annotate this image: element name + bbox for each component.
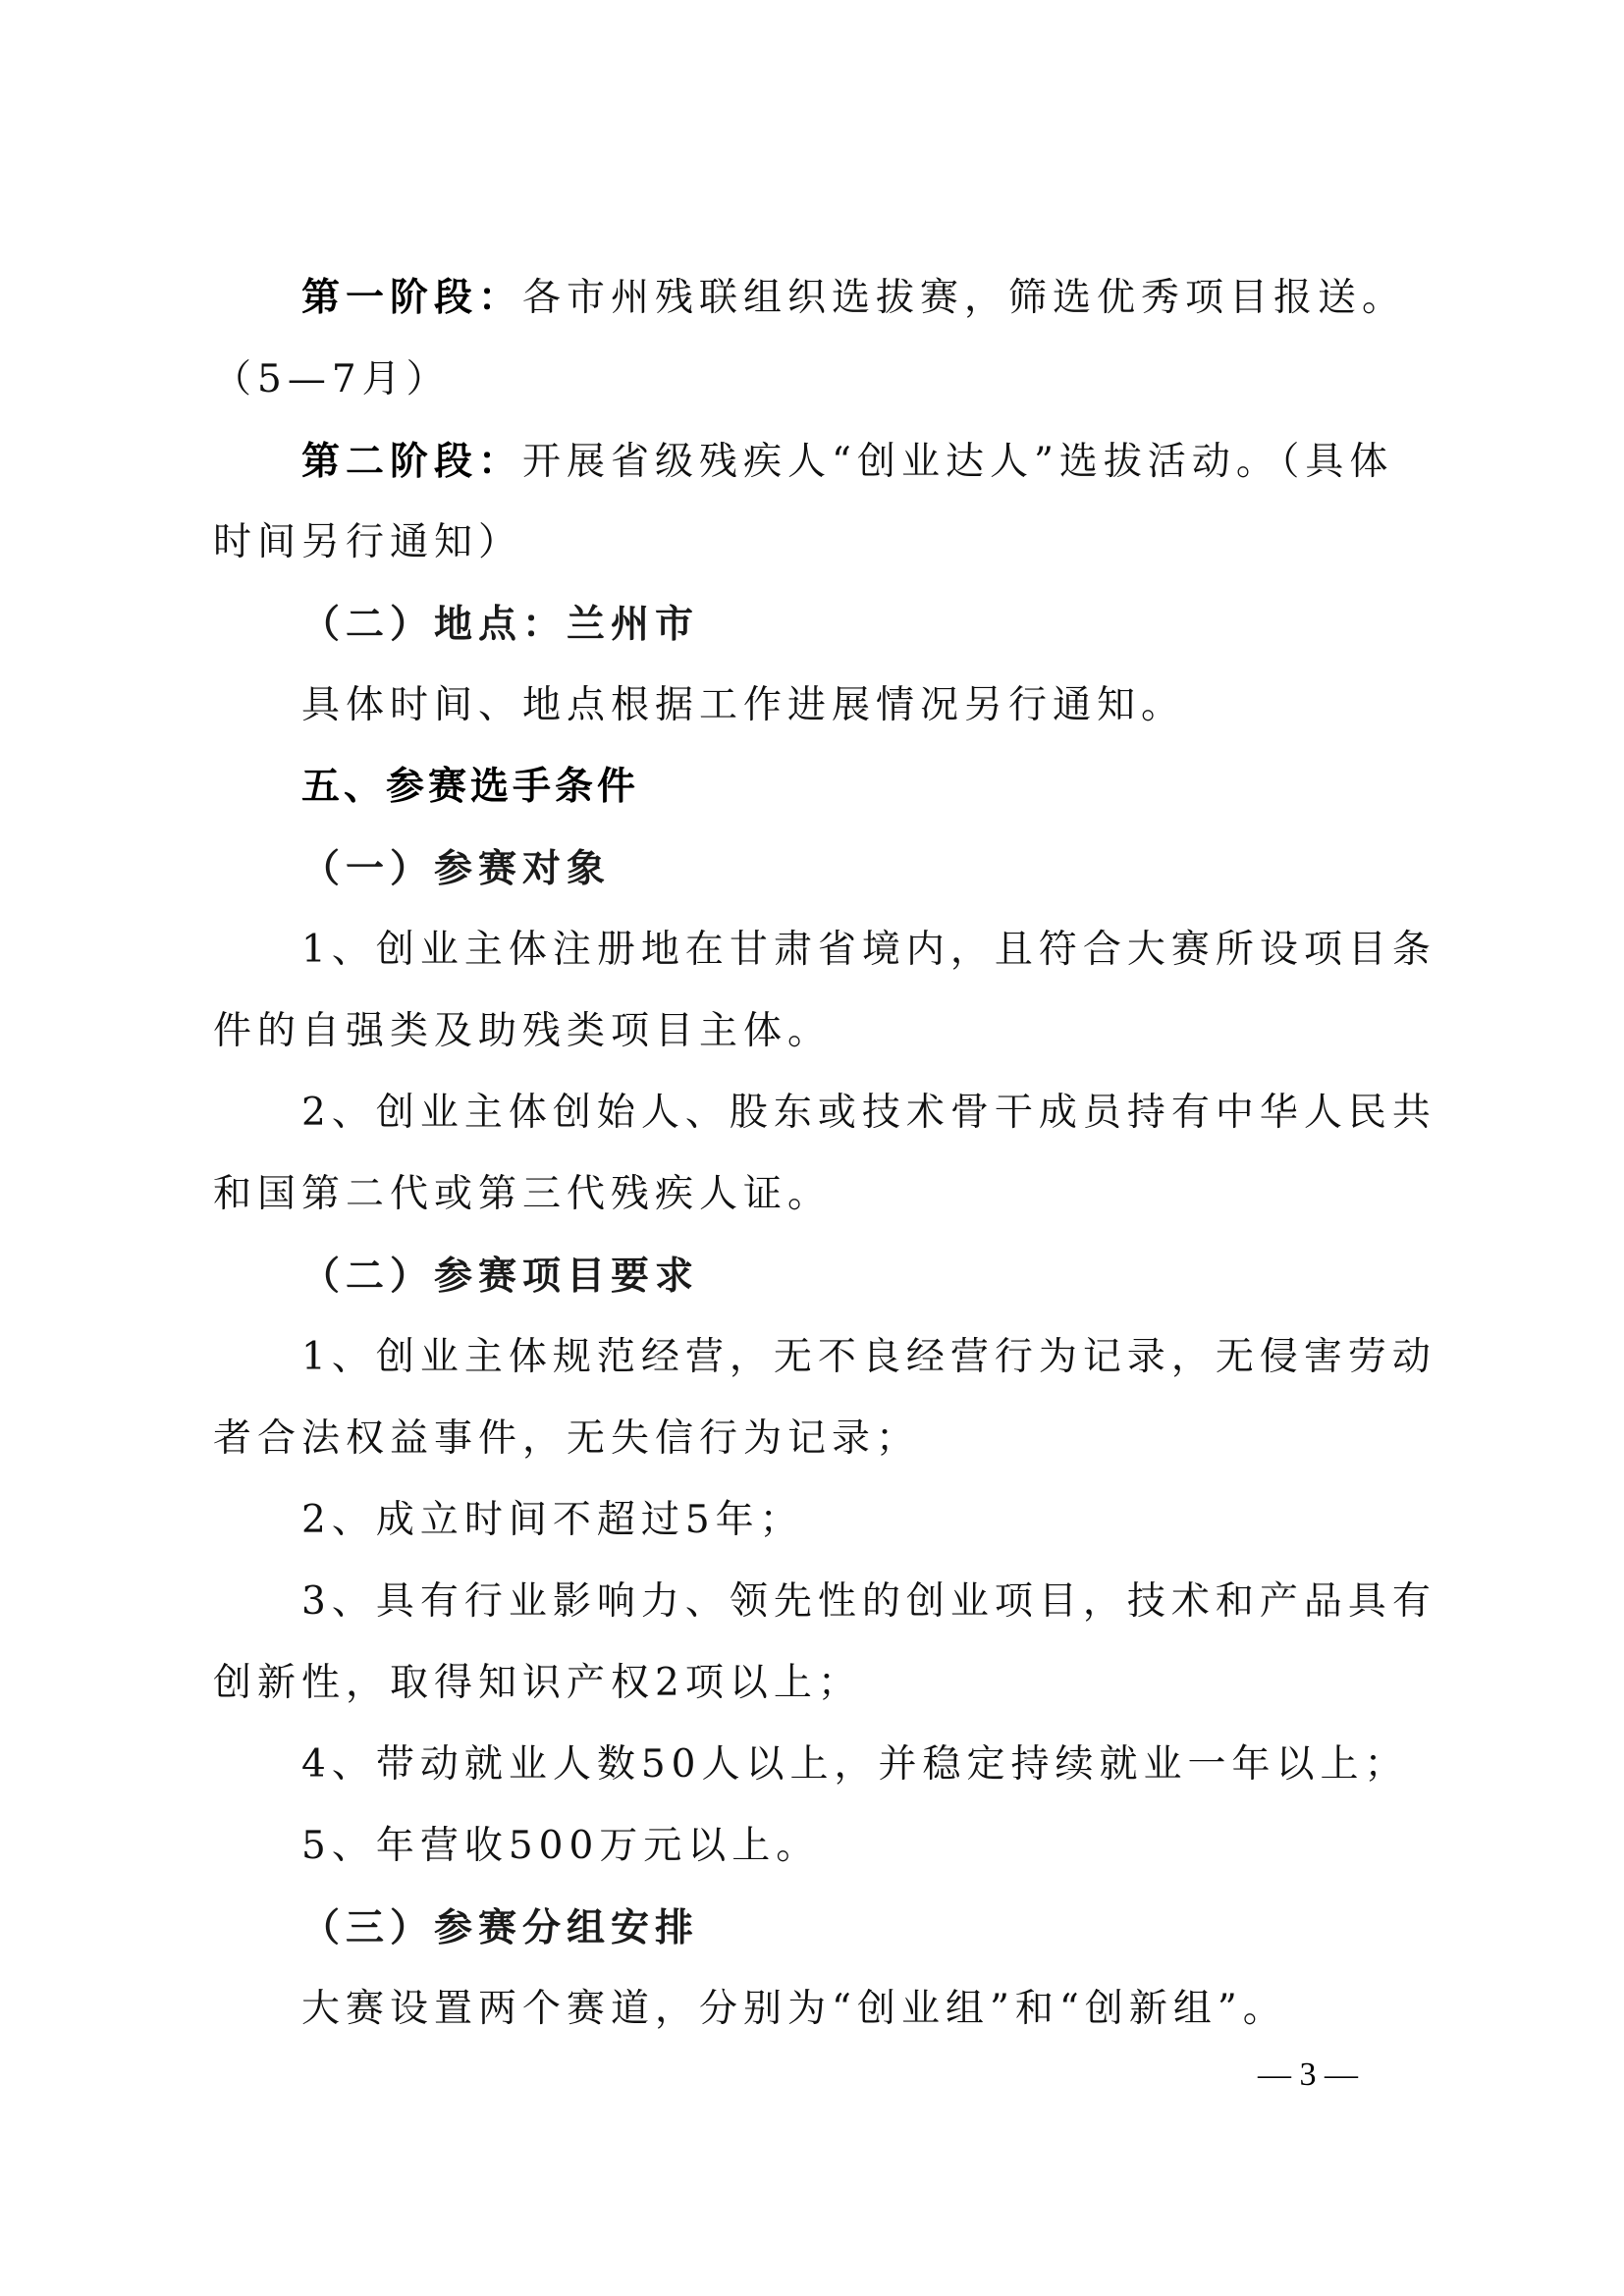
stage-one-text: 各市州残联组织选拔赛，筛选优秀项目报送。 <box>522 276 1406 320</box>
document-page: 第一阶段：各市州残联组织选拔赛，筛选优秀项目报送。 （5—7月） 第二阶段：开展… <box>0 0 1624 2296</box>
participant-item-1: 1、创业主体注册地在甘肃省境内，且符合大赛所设项目条 <box>301 921 1421 980</box>
participant-item-2-continuation: 和国第二代或第三代残疾人证。 <box>213 1165 1421 1224</box>
subheading-project-requirements: （二）参赛项目要求 <box>301 1247 1421 1306</box>
grouping-text: 大赛设置两个赛道，分别为“创业组”和“创新组”。 <box>301 1980 1421 2039</box>
requirement-item-3: 3、具有行业影响力、领先性的创业项目，技术和产品具有 <box>301 1573 1421 1631</box>
requirement-item-2: 2、成立时间不超过5年； <box>301 1491 1421 1550</box>
subheading-participants: （一）参赛对象 <box>301 839 1421 898</box>
stage-two-continuation: 时间另行通知） <box>213 513 1421 572</box>
subheading-grouping: （三）参赛分组安排 <box>301 1898 1421 1957</box>
stage-two-paragraph: 第二阶段：开展省级残疾人“创业达人”选拔活动。（具体 <box>301 432 1421 491</box>
participant-item-2: 2、创业主体创始人、股东或技术骨干成员持有中华人民共 <box>301 1084 1421 1143</box>
section-heading-eligibility: 五、参赛选手条件 <box>301 758 1421 817</box>
requirement-item-1: 1、创业主体规范经营，无不良经营行为记录，无侵害劳动 <box>301 1328 1421 1387</box>
stage-two-label: 第二阶段： <box>301 439 522 484</box>
stage-one-label: 第一阶段： <box>301 275 522 320</box>
stage-one-paragraph: 第一阶段：各市州残联组织选拔赛，筛选优秀项目报送。 <box>301 268 1421 327</box>
requirement-item-1-continuation: 者合法权益事件，无失信行为记录； <box>213 1410 1421 1468</box>
stage-two-text: 开展省级残疾人“创业达人”选拔活动。（具体 <box>522 440 1393 484</box>
page-number: — 3 — <box>1239 2054 1377 2097</box>
subheading-location: （二）地点：兰州市 <box>301 595 1421 654</box>
participant-item-1-continuation: 件的自强类及助残类项目主体。 <box>213 1002 1421 1061</box>
stage-one-date: （5—7月） <box>213 350 1421 409</box>
location-note: 具体时间、地点根据工作进展情况另行通知。 <box>301 676 1421 735</box>
requirement-item-5: 5、年营收500万元以上。 <box>301 1817 1421 1876</box>
requirement-item-3-continuation: 创新性，取得知识产权2项以上； <box>213 1654 1421 1713</box>
requirement-item-4: 4、带动就业人数50人以上，并稳定持续就业一年以上； <box>301 1735 1421 1794</box>
